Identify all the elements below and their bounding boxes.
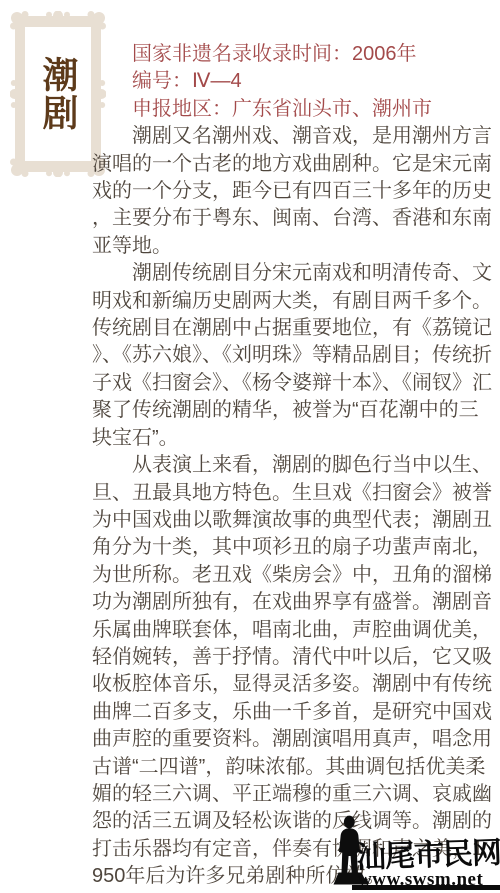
meta-line-inscription-time: 国家非遗名录收录时间：2006年 xyxy=(92,41,492,68)
paragraph-repertoire: 潮剧传统剧目分宋元南戏和明清传奇、文明戏和新编历史剧两大类，有剧目两千多个。传统… xyxy=(92,260,492,452)
watermark: 汕尾市民网 www.swsm.net xyxy=(330,814,500,893)
meta-line-region: 申报地区：广东省汕头市、潮州市 xyxy=(92,96,492,123)
page-title: 潮剧 xyxy=(40,56,76,132)
meta-line-number: 编号：Ⅳ—4 xyxy=(92,68,492,95)
document-page: 潮剧 国家非遗名录收录时间：2006年 编号：Ⅳ—4 申报地区：广东省汕头市、潮… xyxy=(0,0,500,893)
paragraph-overview: 潮剧又名潮州戏、潮音戏，是用潮州方言演唱的一个古老的地方戏曲剧种。它是宋元南戏的… xyxy=(92,123,492,260)
watermark-underline xyxy=(352,885,500,890)
article-content: 国家非遗名录收录时间：2006年 编号：Ⅳ—4 申报地区：广东省汕头市、潮州市 … xyxy=(92,41,492,891)
